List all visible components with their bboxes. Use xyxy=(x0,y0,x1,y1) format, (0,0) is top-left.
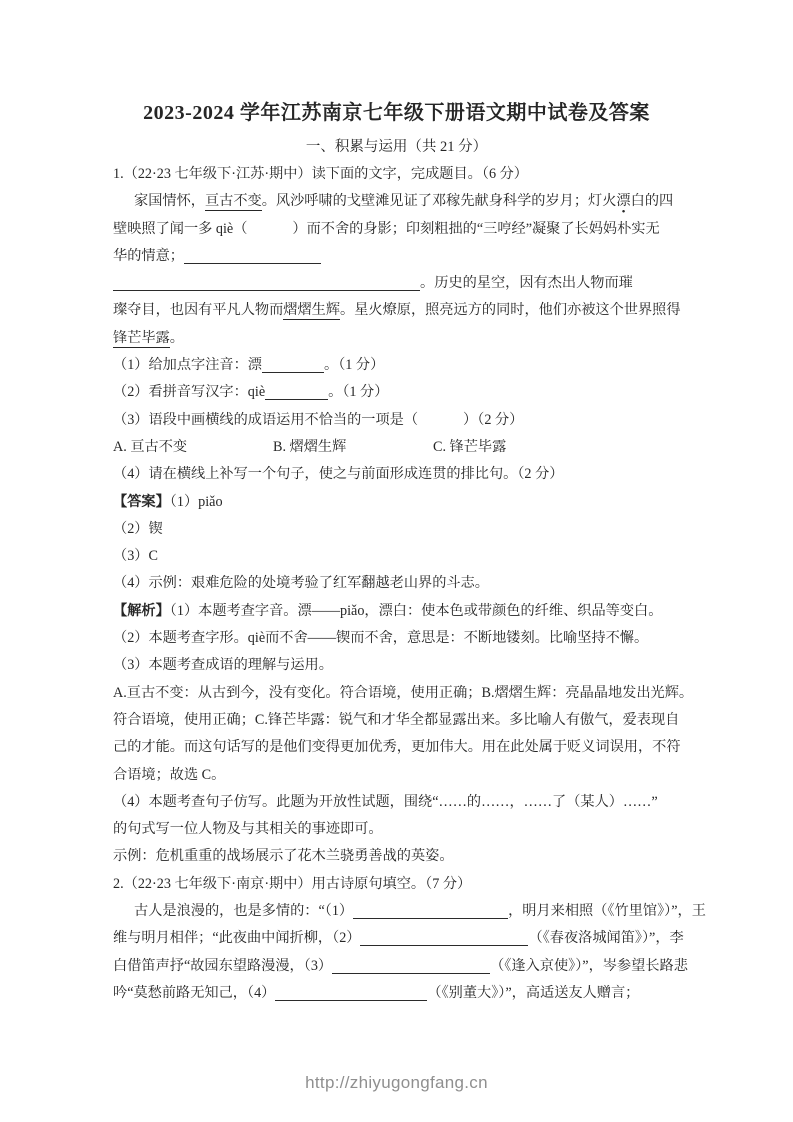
text-segment: 古人是浪漫的，也是多情的：“（1） xyxy=(134,903,353,919)
q1-sub3: （3）语段中画横线的成语运用不恰当的一项是（）（2 分） xyxy=(113,407,685,434)
analysis-3c: 己的才能。而这句话写的是他们变得更加优秀，更加伟大。用在此处属于贬义词误用，不符 xyxy=(113,734,685,761)
q1-passage-line4: 。历史的星空，因有杰出人物而璀 xyxy=(113,270,685,297)
footer-watermark-url: http://zhiyugongfang.cn xyxy=(0,1073,793,1093)
text-segment: 。历史的星空，因有杰出人物而璀 xyxy=(420,275,633,291)
q1-passage-line1: 家国情怀，亘古不变。风沙呼啸的戈壁滩见证了邓稼先献身科学的岁月；灯火漂白的四 xyxy=(113,188,685,215)
text-segment: ）而不舍的身影；印刻粗拙的“三哼经”凝聚了长妈妈朴实无 xyxy=(292,221,659,237)
q1-sub1: （1）给加点字注音：漂。（1 分） xyxy=(113,352,685,379)
q1-passage-line6: 锋芒毕露。 xyxy=(113,325,685,352)
underlined-idiom: 锋芒毕露 xyxy=(113,330,170,348)
text-segment: 白借笛声抒“故园东望路漫漫，（3） xyxy=(113,958,332,974)
text-segment: 。（1 分） xyxy=(328,384,388,400)
text-segment: 的句式写一位人物及与其相关的事迹即可。 xyxy=(113,821,383,837)
text-segment: 1.（22·23 七年级下·江苏·期中）读下面的文字，完成题目。（6 分） xyxy=(113,166,528,182)
text-segment: （2）本题考查字形。qiè而不舍——锲而不舍，意思是：不断地镂刻。比喻坚持不懈。 xyxy=(113,630,648,646)
choice-option: A. 亘古不变 xyxy=(113,434,273,461)
text-segment: 璨夺目，也因有平凡人物而 xyxy=(113,302,283,318)
text-segment: （《逢入京使》）”，岑参望长路悲 xyxy=(490,958,688,974)
q2-line1: 古人是浪漫的，也是多情的：“（1），明月来相照（《竹里馆》）”，王 xyxy=(113,898,685,925)
text-segment: 。风沙呼啸的戈壁滩见证了邓稼先献身科学的岁月；灯火 xyxy=(262,193,617,209)
label-text: 【解析】 xyxy=(113,603,170,619)
document-title: 2023-2024 学年江苏南京七年级下册语文期中试卷及答案 xyxy=(0,96,793,125)
q1-options: A. 亘古不变B. 熠熠生辉C. 锋芒毕露 xyxy=(113,434,685,461)
answer-4: （4）示例：艰难危险的处境考验了红军翻越老山界的斗志。 xyxy=(113,570,685,597)
underlined-idiom: 熠熠生辉 xyxy=(283,302,340,320)
q1-sub4: （4）请在横线上补写一个句子，使之与前面形成连贯的排比句。（2 分） xyxy=(113,461,685,488)
text-segment: （3）C xyxy=(113,548,158,564)
text-segment: 。 xyxy=(170,330,184,346)
q1-sub2: （2）看拼音写汉字：qiè。（1 分） xyxy=(113,379,685,406)
text-segment: ，明月来相照（《竹里馆》）”，王 xyxy=(508,903,706,919)
analysis-3d: 合语境；故选 C。 xyxy=(113,762,685,789)
text-segment: （1）本题考查字音。漂——piǎo，漂白：使本色或带颜色的纤维、织品等变白。 xyxy=(170,603,663,619)
text-segment: （3）语段中画横线的成语运用不恰当的一项是（ xyxy=(113,412,418,428)
label-text: 【答案】 xyxy=(113,494,170,510)
analysis-3a: A.亘古不变：从古到今，没有变化。符合语境，使用正确；B.熠熠生辉：亮晶晶地发出… xyxy=(113,680,685,707)
analysis-2: （2）本题考查字形。qiè而不舍——锲而不舍，意思是：不断地镂刻。比喻坚持不懈。 xyxy=(113,625,685,652)
dotted-char: 漂 xyxy=(616,193,630,209)
exam-document-page: 2023-2024 学年江苏南京七年级下册语文期中试卷及答案 一、积累与运用（共… xyxy=(0,0,793,1122)
q1-header: 1.（22·23 七年级下·江苏·期中）读下面的文字，完成题目。（6 分） xyxy=(113,161,685,188)
q2-line4: 吟“莫愁前路无知己，（4）（《别董大》）”，高适送友人赠言； xyxy=(113,980,685,1007)
text-segment: 符合语境，使用正确；C.锋芒毕露：锐气和才华全都显露出来。多比喻人有傲气，爱表现… xyxy=(113,712,679,728)
q1-passage-line2: 壁映照了闻一多 qiè（）而不舍的身影；印刻粗拙的“三哼经”凝聚了长妈妈朴实无 xyxy=(113,216,685,243)
answer-blank-line xyxy=(275,996,427,1001)
text-segment: 华的情意； xyxy=(113,248,184,264)
text-segment: （《春夜洛城闻笛》）”，李 xyxy=(528,930,683,946)
answer-blank-line xyxy=(113,286,420,291)
analysis-4b: 的句式写一位人物及与其相关的事迹即可。 xyxy=(113,816,685,843)
answer-blank-line xyxy=(262,368,324,373)
text-segment: 白的四 xyxy=(631,193,674,209)
text-segment: 。（1 分） xyxy=(324,357,384,373)
text-segment: 家国情怀， xyxy=(134,193,205,209)
text-segment: （2）锲 xyxy=(113,521,163,537)
text-segment: （1）piǎo xyxy=(170,494,223,510)
text-segment: 吟“莫愁前路无知己，（4） xyxy=(113,985,275,1001)
underlined-idiom: 亘古不变 xyxy=(205,193,262,211)
answer-blank-line xyxy=(360,941,528,946)
text-segment: （《别董大》）”，高适送友人赠言； xyxy=(427,985,639,1001)
text-segment: 壁映照了闻一多 qiè（ xyxy=(113,221,247,237)
text-segment: ）（2 分） xyxy=(463,412,523,428)
analysis-4-example: 示例：危机重重的战场展示了花木兰骁勇善战的英姿。 xyxy=(113,843,685,870)
q2-line2: 维与明月相伴；“此夜曲中闻折柳，（2）（《春夜洛城闻笛》）”，李 xyxy=(113,925,685,952)
q2-line3: 白借笛声抒“故园东望路漫漫，（3）（《逢入京使》）”，岑参望长路悲 xyxy=(113,953,685,980)
document-lines: 1.（22·23 七年级下·江苏·期中）读下面的文字，完成题目。（6 分）家国情… xyxy=(113,161,685,1007)
answer-label-line: 【答案】（1）piǎo xyxy=(113,489,685,516)
choice-option: C. 锋芒毕露 xyxy=(433,434,506,461)
text-segment: 己的才能。而这句话写的是他们变得更加优秀，更加伟大。用在此处属于贬义词误用，不符 xyxy=(113,739,681,755)
text-segment: （4）本题考查句子仿写。此题为开放性试题，围绕“……的……，……了（某人）……” xyxy=(113,794,658,810)
analysis-label-line: 【解析】（1）本题考查字音。漂——piǎo，漂白：使本色或带颜色的纤维、织品等变… xyxy=(113,598,685,625)
text-segment: 示例：危机重重的战场展示了花木兰骁勇善战的英姿。 xyxy=(113,848,454,864)
section-heading: 一、积累与运用（共 21 分） xyxy=(0,135,793,156)
choice-option: B. 熠熠生辉 xyxy=(273,434,433,461)
text-segment: （4）示例：艰难危险的处境考验了红军翻越老山界的斗志。 xyxy=(113,575,489,591)
answer-blank-line xyxy=(184,259,321,264)
text-segment: 。星火燎原，照亮远方的同时，他们亦被这个世界照得 xyxy=(340,302,681,318)
answer-3: （3）C xyxy=(113,543,685,570)
text-segment: （2）看拼音写汉字：qiè xyxy=(113,384,265,400)
text-segment: 2.（22·23 七年级下·南京·期中）用古诗原句填空。（7 分） xyxy=(113,876,471,892)
text-segment: （1）给加点字注音：漂 xyxy=(113,357,262,373)
q1-passage-line3: 华的情意； xyxy=(113,243,685,270)
analysis-3b: 符合语境，使用正确；C.锋芒毕露：锐气和才华全都显露出来。多比喻人有傲气，爱表现… xyxy=(113,707,685,734)
text-segment: A.亘古不变：从古到今，没有变化。符合语境，使用正确；B.熠熠生辉：亮晶晶地发出… xyxy=(113,685,693,701)
q2-header: 2.（22·23 七年级下·南京·期中）用古诗原句填空。（7 分） xyxy=(113,871,685,898)
text-segment: 合语境；故选 C。 xyxy=(113,767,225,783)
bracket-gap xyxy=(247,232,292,233)
analysis-4: （4）本题考查句子仿写。此题为开放性试题，围绕“……的……，……了（某人）……” xyxy=(113,789,685,816)
text-segment: （4）请在横线上补写一个句子，使之与前面形成连贯的排比句。（2 分） xyxy=(113,466,563,482)
answer-2: （2）锲 xyxy=(113,516,685,543)
answer-blank-line xyxy=(265,395,328,400)
text-segment: （3）本题考查成语的理解与运用。 xyxy=(113,657,333,673)
bracket-gap xyxy=(418,423,463,424)
analysis-3: （3）本题考查成语的理解与运用。 xyxy=(113,652,685,679)
text-segment: 维与明月相伴；“此夜曲中闻折柳，（2） xyxy=(113,930,360,946)
answer-blank-line xyxy=(332,969,490,974)
answer-blank-line xyxy=(353,914,508,919)
q1-passage-line5: 璨夺目，也因有平凡人物而熠熠生辉。星火燎原，照亮远方的同时，他们亦被这个世界照得 xyxy=(113,297,685,324)
